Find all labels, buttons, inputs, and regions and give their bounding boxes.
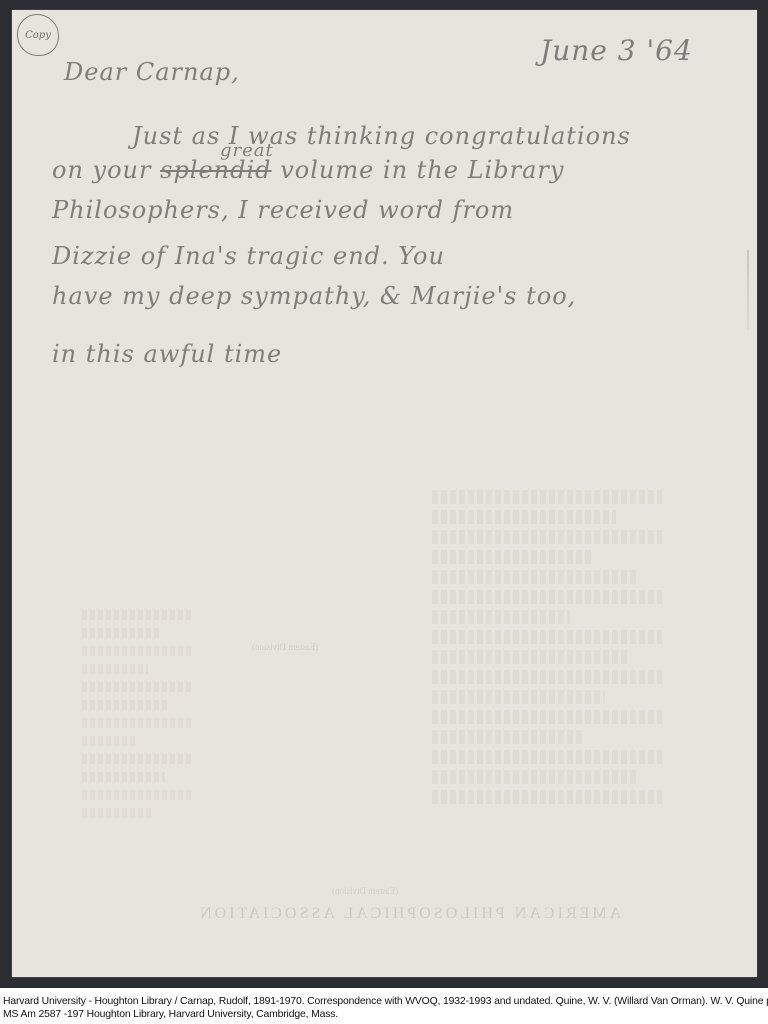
letter-line-3: Philosophers, I received word from: [52, 196, 514, 224]
bleed-through-heading: AMERICAN PHILOSOPHICAL ASSOCIATION: [197, 905, 621, 923]
copy-stamp: Copy: [17, 14, 59, 56]
copy-mark-text: Copy: [25, 30, 51, 41]
letter-line-6: in this awful time: [52, 340, 282, 368]
line-2-start: on your: [52, 156, 151, 184]
archive-caption: Harvard University - Houghton Library / …: [3, 995, 768, 1021]
letter-date: June 3 '64: [540, 34, 693, 67]
caption-line-1: Harvard University - Houghton Library / …: [3, 995, 768, 1008]
letter-line-5: have my deep sympathy, & Marjie's too,: [52, 282, 576, 310]
letter-line-2: on your splendid volume in the Library: [52, 156, 564, 184]
letter-line-4: Dizzie of Ina's tragic end. You: [52, 242, 445, 270]
salutation: Dear Carnap,: [64, 58, 240, 86]
letter-page: Copy June 3 '64 Dear Carnap, Just as I w…: [12, 10, 757, 977]
bleed-through-left-block: [82, 610, 192, 826]
bleed-through-text-block: [432, 490, 662, 810]
scan-background: Copy June 3 '64 Dear Carnap, Just as I w…: [0, 0, 768, 988]
bleed-through-subheading: (Eastern Division): [332, 886, 398, 896]
line-2-end: volume in the Library: [280, 156, 564, 184]
letter-line-1: Just as I was thinking congratulations: [132, 122, 631, 150]
caption-line-2: MS Am 2587 -197 Houghton Library, Harvar…: [3, 1008, 768, 1021]
struck-word: splendid: [160, 156, 271, 184]
bleed-through-mid-text: (Eastern Division): [252, 642, 318, 652]
